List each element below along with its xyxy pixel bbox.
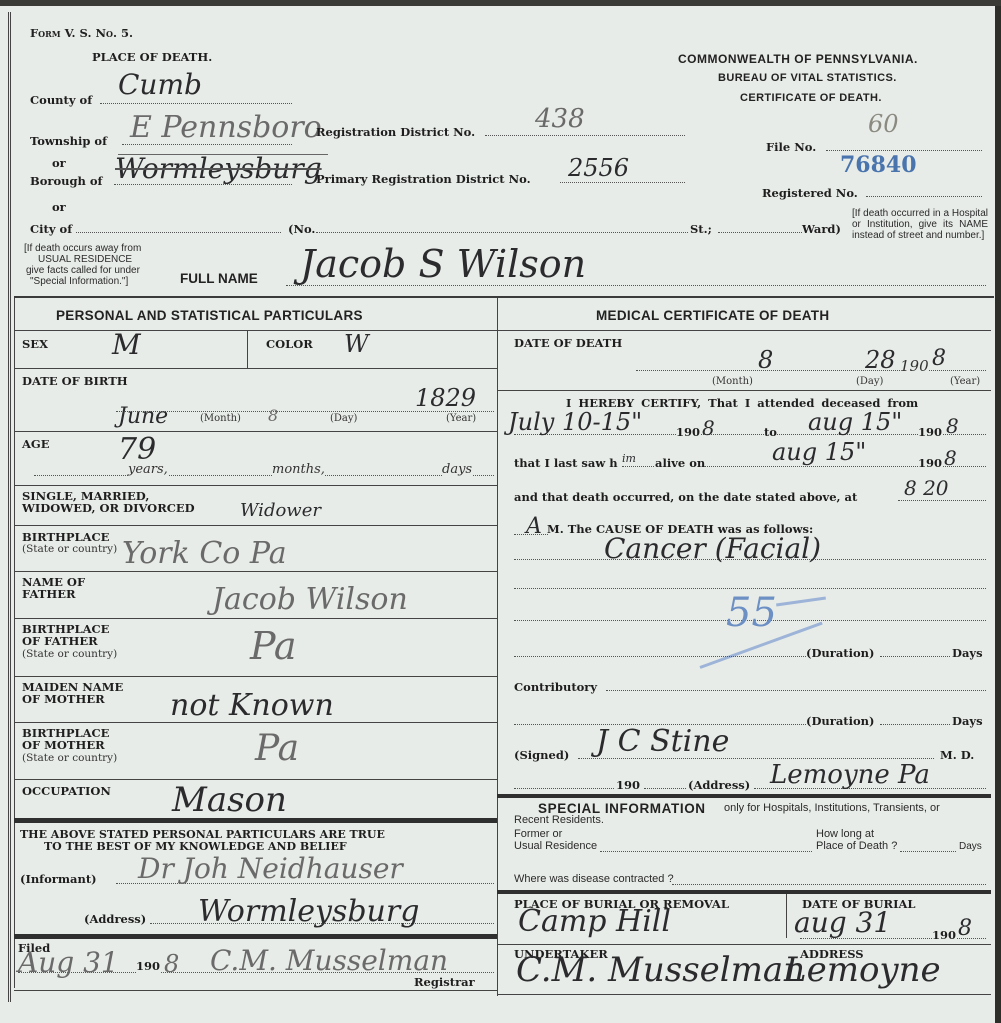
birthplace-value[interactable]: York Co Pa: [122, 536, 287, 571]
residence-note-1: [If death occurs away from: [24, 243, 141, 254]
rule: [497, 944, 991, 945]
age-line: [34, 475, 494, 476]
registration-district-label: Registration District No.: [316, 125, 475, 139]
rule: [14, 525, 497, 526]
ward-label: Ward): [802, 222, 841, 236]
borough-label: Borough of: [30, 174, 103, 188]
place-of-death-title: PLACE OF DEATH.: [92, 50, 212, 64]
color-label: COLOR: [266, 337, 313, 351]
dob-year[interactable]: 1829: [415, 384, 476, 412]
how-long-days-label: Days: [959, 841, 982, 852]
personal-section-title: PERSONAL AND STATISTICAL PARTICULARS: [56, 308, 363, 323]
death-time-line: [898, 500, 986, 501]
father-birthplace-state-caption: (State or country): [22, 648, 117, 660]
duration-label-1: (Duration): [806, 646, 874, 660]
duration-days-line-2: [880, 724, 950, 725]
primary-registration-value[interactable]: 2556: [568, 154, 629, 182]
rule: [14, 330, 497, 331]
form-number: Form V. S. No. 5.: [30, 26, 133, 40]
rule: [14, 722, 497, 723]
burial-year-prefix: 190: [932, 928, 956, 942]
undertaker-value[interactable]: C.M. Musselman: [516, 950, 805, 990]
cause-value[interactable]: Cancer (Facial): [604, 532, 821, 565]
special-info-subtitle-2: Recent Residents.: [514, 815, 604, 826]
rule: [14, 676, 497, 677]
attended-from-year[interactable]: 8: [702, 416, 715, 440]
full-name-label: FULL NAME: [180, 271, 258, 286]
attended-to-year[interactable]: 8: [946, 414, 959, 438]
informant-address-value[interactable]: Wormleysburg: [198, 894, 419, 929]
birthplace-label: BIRTHPLACE: [22, 530, 109, 544]
township-label: Township of: [30, 134, 107, 148]
left-border: [8, 12, 11, 1002]
rule: [14, 431, 497, 432]
certificate-title: CERTIFICATE OF DEATH.: [740, 92, 882, 104]
to-label: to: [764, 425, 777, 439]
rule: [14, 618, 497, 619]
registrar-label: Registrar: [414, 975, 475, 989]
medical-section-title: MEDICAL CERTIFICATE OF DEATH: [596, 308, 829, 323]
contributory-line: [606, 690, 986, 691]
informant-address-label: (Address): [84, 912, 146, 926]
filed-year-prefix: 190: [136, 959, 160, 973]
rule: [497, 390, 991, 391]
duration-days-line-1: [880, 656, 950, 657]
primary-registration-line: [560, 182, 685, 183]
former-residence-label-1: Former or: [514, 829, 562, 840]
years-caption: years,: [128, 462, 168, 477]
residence-note-4: "Special Information."]: [30, 276, 128, 287]
physician-address-value[interactable]: Lemoyne Pa: [770, 760, 930, 790]
sex-label: SEX: [22, 337, 48, 351]
township-value[interactable]: E Pennsboro: [130, 110, 322, 145]
attended-to-year-prefix: 190: [918, 425, 942, 439]
death-certificate-page: Form V. S. No. 5. PLACE OF DEATH. COMMON…: [0, 0, 1001, 1023]
marital-value[interactable]: Widower: [240, 500, 321, 521]
registration-district-line: [485, 135, 685, 136]
personal-section-divider: [14, 818, 497, 823]
state-title: COMMONWEALTH OF PENNSYLVANIA.: [678, 52, 918, 66]
filed-year-suffix[interactable]: 8: [164, 950, 179, 978]
dob-month[interactable]: June: [118, 404, 168, 429]
am-pm-value[interactable]: A: [526, 514, 542, 539]
dod-month-caption: (Month): [712, 376, 753, 387]
last-saw-date[interactable]: aug 15": [772, 438, 866, 466]
md-label: M. D.: [940, 748, 974, 762]
father-label-2: FATHER: [22, 588, 76, 600]
dod-year-suffix[interactable]: 8: [932, 346, 946, 371]
rule: [14, 368, 497, 369]
undertaker-address-value[interactable]: Lemoyne: [784, 950, 941, 990]
days-label-2: Days: [952, 714, 983, 728]
dod-label: DATE OF DEATH: [514, 336, 622, 350]
contributory-label: Contributory: [514, 680, 597, 694]
county-label: County of: [30, 93, 92, 107]
dod-month[interactable]: 8: [758, 346, 773, 374]
how-long-line: [900, 851, 956, 852]
registered-no-label: Registered No.: [762, 186, 858, 200]
burial-col-divider: [786, 894, 787, 938]
death-time-value[interactable]: 8 20: [904, 476, 949, 500]
burial-date-value[interactable]: aug 31: [794, 906, 891, 939]
father-value[interactable]: Jacob Wilson: [212, 582, 408, 617]
birthplace-state-caption: (State or country): [22, 543, 117, 555]
county-value[interactable]: Cumb: [118, 68, 202, 101]
special-info-subtitle: only for Hospitals, Institutions, Transi…: [724, 803, 940, 814]
father-birthplace-label-2: OF FATHER: [22, 635, 98, 647]
residence-note-2: USUAL RESIDENCE: [38, 254, 132, 265]
ward-line: [718, 232, 802, 233]
former-residence-line: [600, 851, 812, 852]
burial-year-suffix[interactable]: 8: [958, 916, 972, 941]
filed-divider: [14, 934, 497, 939]
former-residence-label-2: Usual Residence: [514, 841, 597, 852]
burial-place-value[interactable]: Camp Hill: [518, 904, 671, 939]
last-saw-year-prefix: 190: [918, 456, 942, 470]
rule: [14, 990, 497, 991]
days-caption: days: [442, 462, 472, 477]
day-caption: (Day): [330, 413, 357, 424]
month-caption: (Month): [200, 413, 241, 424]
county-line: [100, 103, 292, 104]
duration-label-2: (Duration): [806, 714, 874, 728]
father-birthplace-value[interactable]: Pa: [250, 624, 297, 668]
color-value[interactable]: W: [344, 330, 369, 358]
dob-day[interactable]: 8: [268, 406, 278, 425]
mother-value[interactable]: not Known: [170, 688, 334, 723]
last-saw-label: that I last saw h: [514, 456, 618, 470]
alive-on-label: alive on: [655, 456, 705, 470]
physician-address-label: (Address): [688, 778, 750, 792]
full-name-value[interactable]: Jacob S Wilson: [300, 242, 586, 286]
header-divider: [14, 296, 994, 298]
left-col-border: [14, 298, 15, 988]
year-caption: (Year): [446, 413, 476, 424]
marital-label-2: WIDOWED, OR DIVORCED: [22, 502, 195, 514]
how-long-label-2: Place of Death ?: [816, 841, 897, 852]
last-saw-year[interactable]: 8: [944, 446, 957, 470]
signed-year-prefix: 190: [616, 778, 640, 792]
signed-year-line: [644, 788, 686, 789]
file-stamp-number: 76840: [840, 152, 917, 178]
last-saw-pronoun[interactable]: im: [622, 452, 636, 465]
dod-year-caption: (Year): [950, 376, 980, 387]
attended-to[interactable]: aug 15": [808, 408, 902, 436]
rule: [497, 994, 991, 995]
informant-value[interactable]: Dr Joh Neidhauser: [138, 852, 403, 885]
street-line: [316, 232, 688, 233]
occupation-label: OCCUPATION: [22, 784, 111, 798]
street-no-label: (No.: [288, 222, 315, 236]
informant-label: (Informant): [20, 872, 97, 886]
right-edge: [995, 6, 1001, 1023]
burial-divider: [497, 890, 991, 894]
attended-from-year-prefix: 190: [676, 425, 700, 439]
file-no-line: [826, 150, 982, 151]
file-no-value[interactable]: 60: [868, 110, 899, 138]
mother-birthplace-label-2: OF MOTHER: [22, 739, 105, 751]
occupation-value[interactable]: Mason: [172, 780, 287, 820]
mother-label-2: OF MOTHER: [22, 693, 105, 705]
city-line: [76, 232, 281, 233]
dod-day-caption: (Day): [856, 376, 883, 387]
mother-birthplace-state-caption: (State or country): [22, 752, 117, 764]
registered-no-line: [866, 196, 982, 197]
hospital-note: [If death occurred in a Hospital or Inst…: [852, 208, 988, 241]
blue-pencil-mark-2: [776, 597, 826, 607]
signed-date-line: [514, 788, 614, 789]
where-contracted-line: [672, 884, 986, 885]
file-no-label: File No.: [766, 140, 816, 154]
or-label: or: [52, 156, 66, 170]
bureau-title: BUREAU OF VITAL STATISTICS.: [718, 72, 897, 84]
or-label-2: or: [52, 200, 66, 214]
rule: [14, 571, 497, 572]
rule: [14, 485, 497, 486]
cause-line-2: [514, 588, 986, 589]
days-label-1: Days: [952, 646, 983, 660]
st-label: St.;: [690, 222, 712, 236]
city-label: City of: [30, 222, 72, 236]
filed-date[interactable]: Aug 31: [18, 946, 119, 979]
rule: [497, 330, 991, 331]
dob-label: DATE OF BIRTH: [22, 374, 128, 388]
registrar-signature[interactable]: C.M. Musselman: [210, 944, 448, 977]
residence-note-3: give facts called for under: [26, 265, 140, 276]
mother-birthplace-value[interactable]: Pa: [255, 728, 299, 769]
months-caption: months,: [272, 462, 325, 477]
where-contracted-label: Where was disease contracted ?: [514, 874, 674, 885]
how-long-label-1: How long at: [816, 829, 874, 840]
pencil-code: 55: [726, 590, 777, 636]
registration-district-value[interactable]: 438: [535, 104, 585, 134]
attended-from[interactable]: July 10-15": [508, 408, 642, 436]
special-info-divider: [497, 794, 991, 798]
sex-value[interactable]: M: [112, 328, 141, 361]
physician-signature[interactable]: J C Stine: [596, 724, 729, 759]
signed-label: (Signed): [514, 748, 569, 762]
primary-registration-label: Primary Registration District No.: [316, 172, 531, 186]
death-time-label: and that death occurred, on the date sta…: [514, 490, 857, 504]
age-label: AGE: [22, 437, 50, 451]
dod-day[interactable]: 28: [865, 346, 896, 374]
dod-year-prefix: 190: [900, 357, 929, 375]
duration-line-1: [514, 656, 806, 657]
sex-color-divider: [247, 330, 248, 368]
borough-value[interactable]: Wormleysburg: [115, 152, 322, 185]
